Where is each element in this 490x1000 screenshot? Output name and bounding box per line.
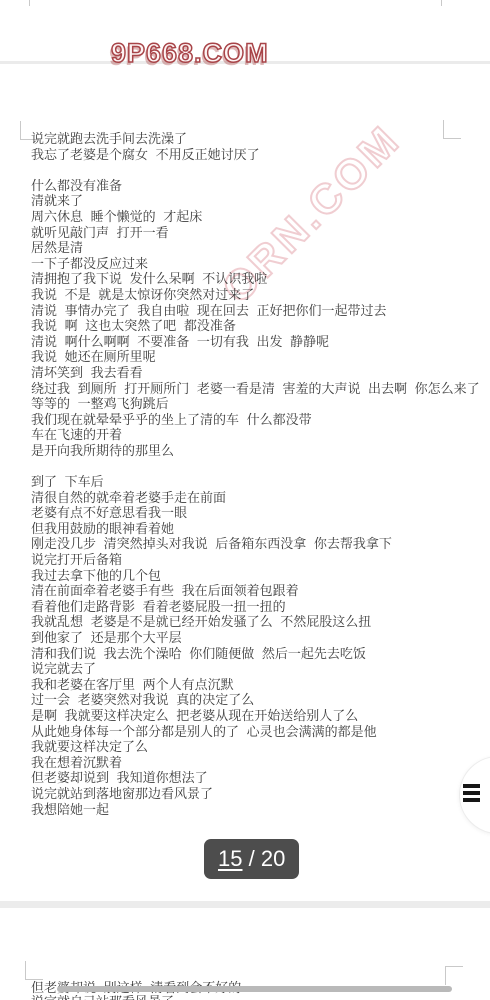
story-line: 我说 不是 就是太惊讶你突然对过来了 — [31, 287, 471, 303]
story-line: 到了 下车后 — [31, 474, 471, 490]
page-indicator-total: 20 — [261, 846, 285, 871]
horizontal-scrollbar[interactable] — [57, 986, 452, 992]
story-line: 一下子都没反应过来 — [31, 256, 471, 272]
next-page-corner-right — [445, 966, 463, 985]
story-line: 清很自然的就牵着老婆手走在前面 — [31, 490, 471, 506]
story-line: 我们现在就晕晕乎乎的坐上了清的车 什么都没带 — [31, 412, 471, 428]
story-line: 居然是清 — [31, 240, 471, 256]
story-line: 什么都没有准备 — [31, 178, 471, 194]
story-line: 是开向我所期待的那里么 — [31, 443, 471, 459]
story-line: 清坏笑到 我去看看 — [31, 365, 471, 381]
page-corner-tick-left — [29, 0, 30, 6]
story-line: 但老婆却说到 我知道你想法了 — [31, 770, 471, 786]
story-line: 等等的 一整鸡飞狗跳后 — [31, 396, 471, 412]
story-line: 刚走没几步 清突然掉头对我说 后备箱东西没拿 你去帮我拿下 — [31, 536, 471, 552]
story-line: 我和老婆在客厅里 两个人有点沉默 — [31, 677, 471, 693]
story-line: 清在前面牵着老婆手有些 我在后面领着包跟着 — [31, 583, 471, 599]
story-line: 说完就去了 — [31, 661, 471, 677]
story-line — [31, 162, 471, 178]
page-indicator-badge[interactable]: 15 / 20 — [204, 839, 299, 879]
story-line: 说完就跑去洗手间去洗澡了 — [31, 131, 471, 147]
story-line: 我想陪她一起 — [31, 802, 471, 818]
story-line: 绕过我 到厕所 打开厕所门 老婆一看是清 害羞的大声说 出去啊 你怎么来了 — [31, 381, 471, 397]
next-page-clipped-line: 说完就自己站那看风景了 — [31, 995, 174, 1000]
story-line: 车在飞速的开着 — [31, 427, 471, 443]
story-line: 到他家了 还是那个大平层 — [31, 630, 471, 646]
story-line — [31, 458, 471, 474]
page-indicator-separator: / — [242, 846, 260, 871]
story-line: 清就来了 — [31, 193, 471, 209]
story-line: 从此她身体每一个部分都是别人的了 心灵也会满满的都是他 — [31, 724, 471, 740]
story-line: 清和我们说 我去洗个澡哈 你们随便做 然后一起先去吃饭 — [31, 646, 471, 662]
story-line: 清说 事情办完了 我自由啦 现在回去 正好把你们一起带过去 — [31, 303, 471, 319]
story-line: 清说 啊什么啊啊 不要准备 一切有我 出发 静静呢 — [31, 334, 471, 350]
story-line: 我就乱想 老婆是不是就已经开始发骚了么 不然屁股这么扭 — [31, 614, 471, 630]
story-line: 过一会 老婆突然对我说 真的决定了么 — [31, 692, 471, 708]
page-gap-band — [0, 901, 490, 908]
story-line: 我忘了老婆是个腐女 不用反正她讨厌了 — [31, 147, 471, 163]
page-corner-tick-right — [441, 0, 442, 6]
story-line: 看着他们走路背影 看着老婆屁股一扭一扭的 — [31, 599, 471, 615]
page-indicator-current: 15 — [218, 846, 242, 871]
hamburger-icon — [463, 784, 480, 805]
story-line: 周六休息 睡个懒觉的 才起床 — [31, 209, 471, 225]
story-line: 清拥抱了我下说 发什么呆啊 不认识我啦 — [31, 271, 471, 287]
story-line: 就听见敲门声 打开一看 — [31, 225, 471, 241]
story-line: 说完打开后备箱 — [31, 552, 471, 568]
story-line: 我说 啊 这也太突然了吧 都没准备 — [31, 318, 471, 334]
story-line: 我就要这样决定了么 — [31, 739, 471, 755]
story-line: 我说 她还在厕所里呢 — [31, 349, 471, 365]
page-text: 说完就跑去洗手间去洗澡了我忘了老婆是个腐女 不用反正她讨厌了什么都没有准备清就来… — [31, 131, 471, 817]
site-watermark: 9P668.COM — [111, 38, 269, 69]
story-line: 是啊 我就要这样决定么 把老婆从现在开始送给别人了么 — [31, 708, 471, 724]
story-line: 说完就站到落地窗那边看风景了 — [31, 786, 471, 802]
story-line: 我过去拿下他的几个包 — [31, 568, 471, 584]
reader-screen: 9P668.COM ORN.COM 说完就跑去洗手间去洗澡了我忘了老婆是个腐女 … — [0, 0, 490, 1000]
story-line: 但我用鼓励的眼神看着她 — [31, 521, 471, 537]
story-line: 我在想着沉默着 — [31, 755, 471, 771]
story-line: 老婆有点不好意思看我一眼 — [31, 505, 471, 521]
